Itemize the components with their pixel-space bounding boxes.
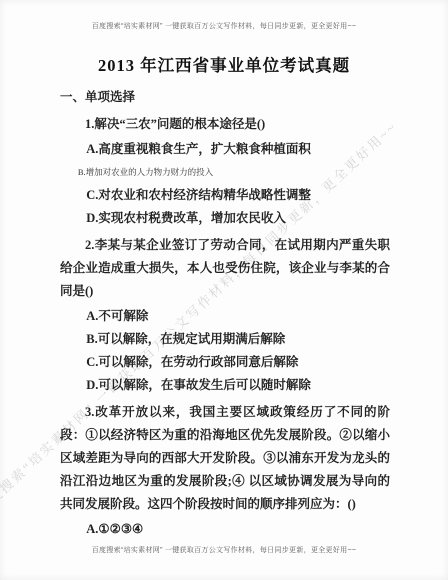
exam-document-page: 百度搜索“培实素材网” 一键获取百万公文写作材料，每日同步更新，更全更好用~~ …: [0, 0, 448, 580]
header-promo-note: 百度搜索“培实素材网” 一键获取百万公文写作材料，每日同步更新，更全更好用~~: [0, 21, 448, 31]
section-heading: 一、单项选择: [60, 86, 390, 109]
question-2-stem: 2.李某与某企业签订了劳动合同，在试用期内严重失职给企业造成重大损失，本人也受伤…: [60, 234, 390, 303]
page-title: 2013 年江西省事业单位考试真题: [0, 52, 448, 76]
question-1-option-d: D.实现农村税费改革，增加农民收入: [60, 207, 390, 230]
question-3-stem: 3.改革开放以来，我国主要区域政策经历了不同的阶段：①以经济特区为重的沿海地区优…: [60, 401, 390, 516]
question-3-option-a: A.①②③④: [60, 518, 390, 541]
question-2-option-b: B.可以解除，在规定试用期满后解除: [60, 328, 390, 351]
question-1-stem: 1.解决“三农”问题的根本途径是(): [60, 113, 390, 136]
question-1-option-b: B.增加对农业的人力物力财力的投入: [60, 161, 390, 184]
question-2-option-a: A.不可解除: [60, 305, 390, 328]
exam-content: 一、单项选择 1.解决“三农”问题的根本途径是() A.高度重视粮食生产，扩大粮…: [60, 86, 390, 541]
question-2-option-c: C.可以解除，在劳动行政部同意后解除: [60, 351, 390, 374]
question-1-option-a: A.高度重视粮食生产，扩大粮食种植面积: [60, 138, 390, 161]
question-2-option-d: D.可以解除，在事故发生后可以随时解除: [60, 374, 390, 397]
question-1-option-c: C.对农业和农村经济结构精华战略性调整: [60, 184, 390, 207]
footer-promo-note: 百度搜索“培实素材网” 一键获取百万公文写作材料，每日同步更新，更全更好用~~: [0, 545, 448, 555]
